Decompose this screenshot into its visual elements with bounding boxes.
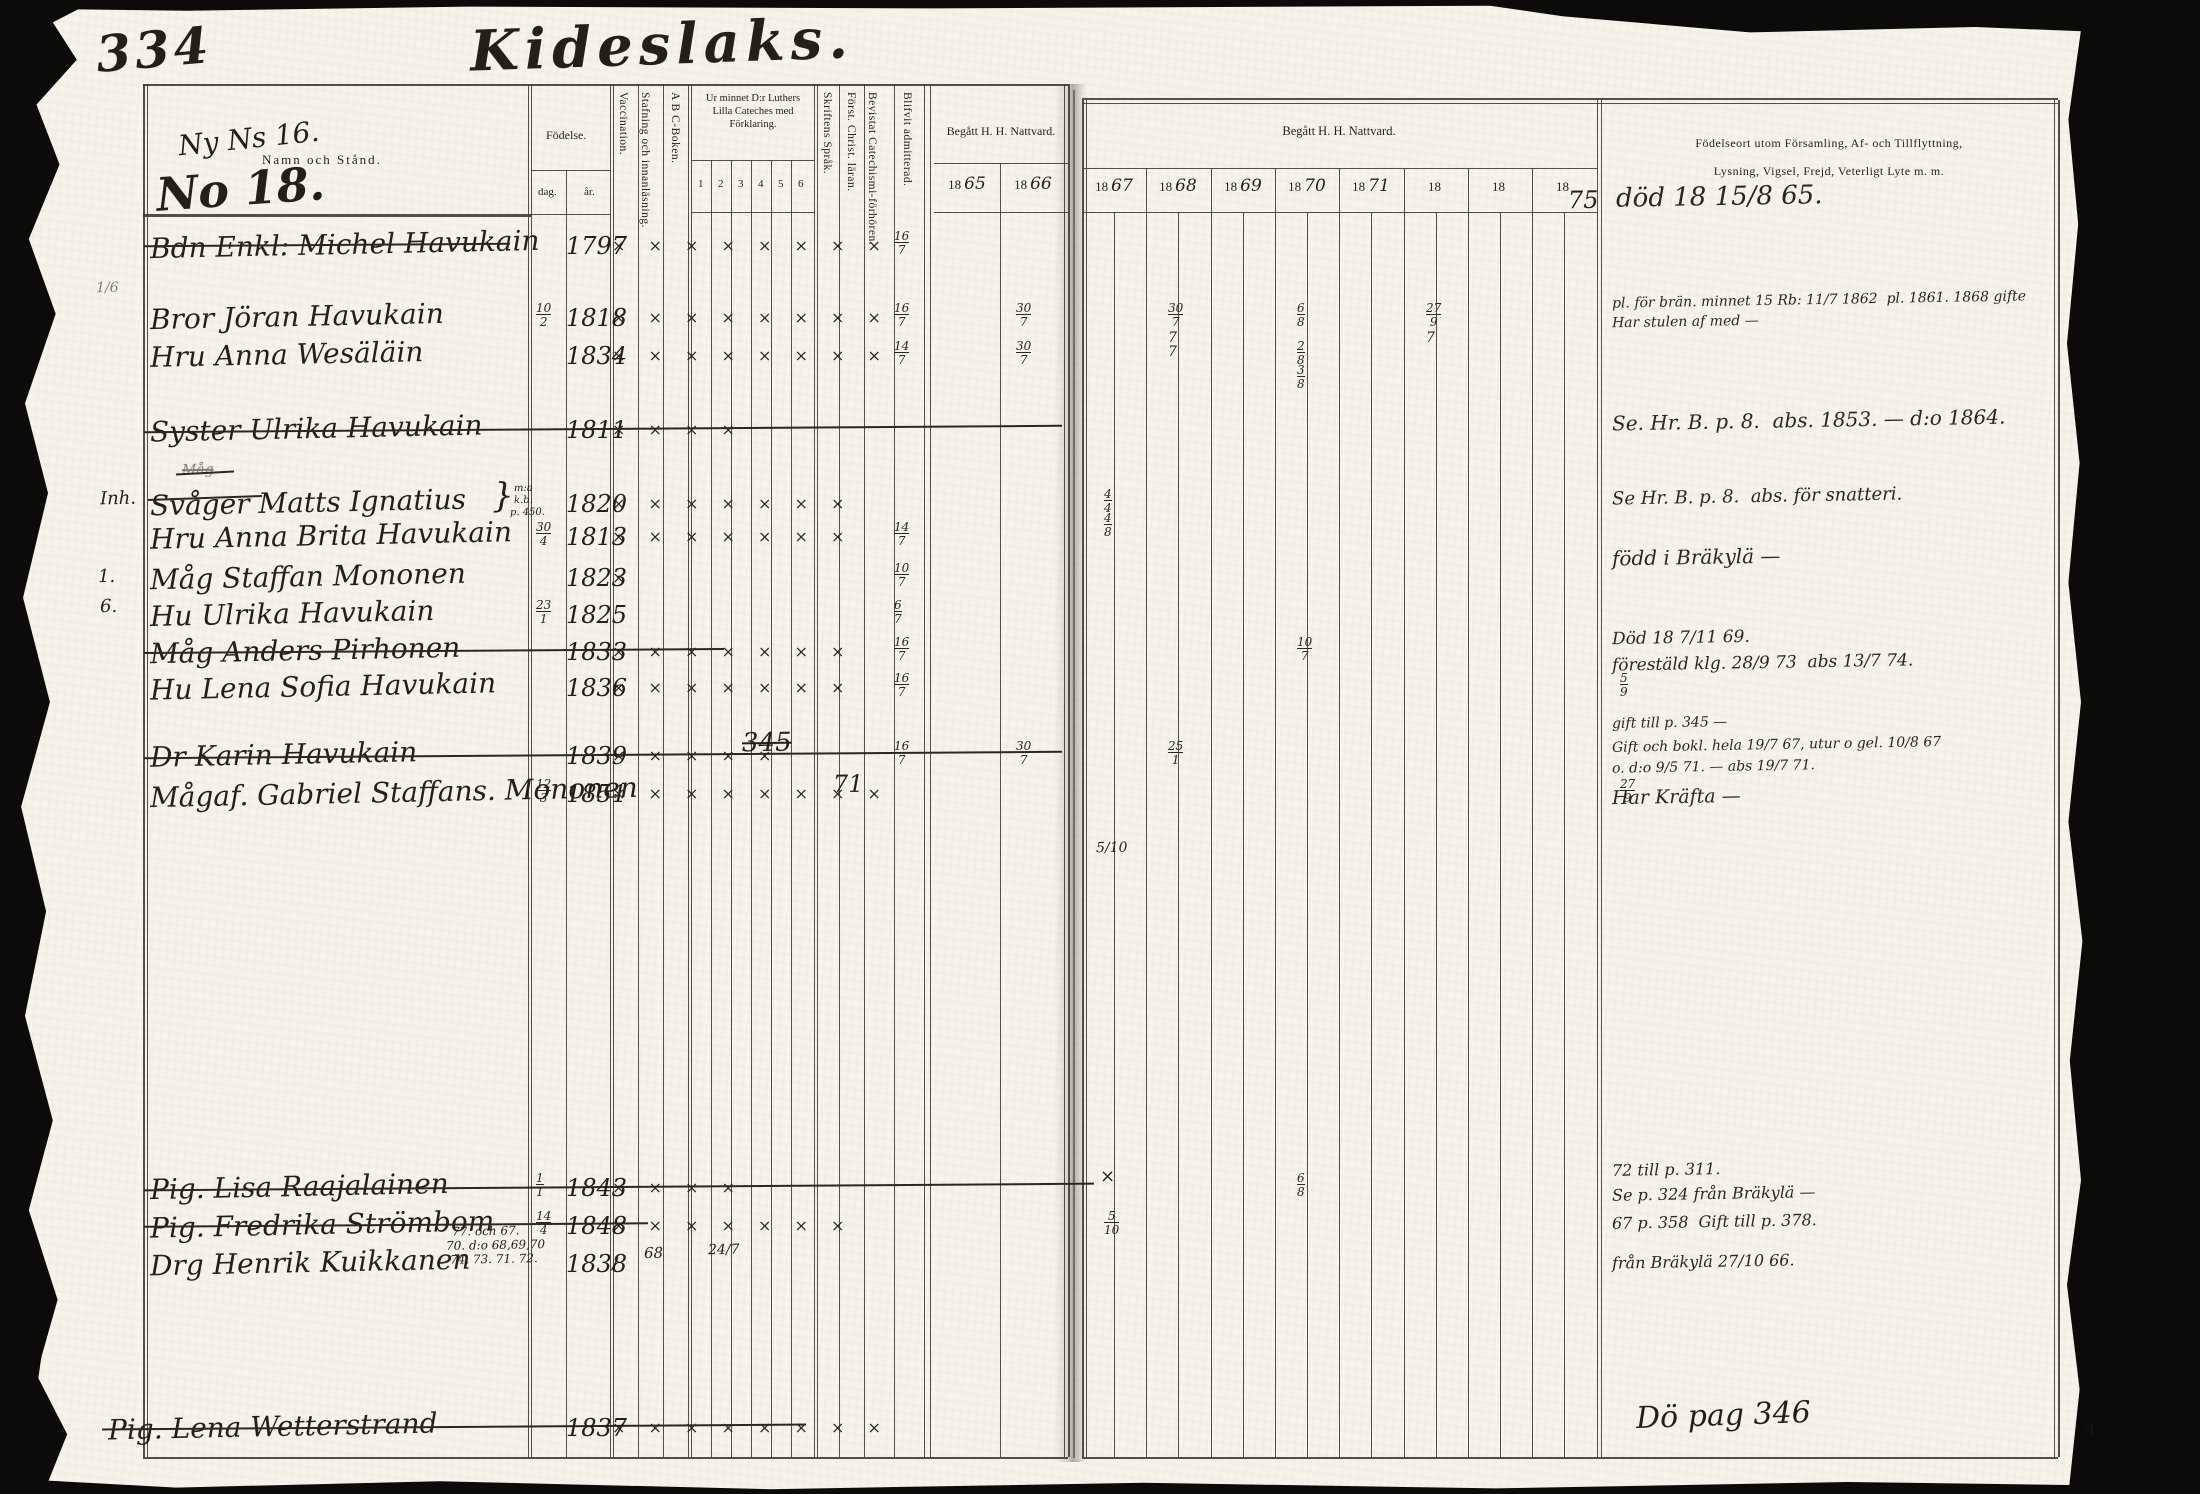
row-name: Måg Staffan Mononen [150,557,466,597]
row-remark: 67 p. 358 Gift till p. 378. [1612,1210,1817,1233]
admitted-date-mark: 167 [894,672,909,698]
communion-1866-mark: 307 [1016,740,1031,766]
grid-line [143,1457,1068,1459]
row-remark: Har stulen af med — [1612,313,1759,332]
luther-col-5: 5 [778,178,784,190]
communion-year-1869: 1869 [1213,176,1273,196]
annotation: × [1100,1166,1115,1187]
admitted-date-mark: 167 [894,230,909,256]
grid-line [1404,168,1405,1457]
grid-line [1307,212,1308,1457]
grid-line [1500,212,1501,1457]
row-remark: Har Kräfta — [1612,785,1741,809]
year-printed: 18 [1492,179,1505,194]
annotation: m:a [514,483,533,494]
remarks-header-line1: Födelseort utom Församling, Af- och Till… [1607,136,2051,151]
reading-check-marks: × × × × × × × [612,1216,853,1235]
remarks-header-line2: Lysning, Vigsel, Frejd, Veterligt Lyte m… [1607,164,2051,179]
row-name: Mågaf. Gabriel Staffans. Mononen [150,771,638,814]
communion-date-mark: 68 [1297,302,1305,328]
row-remark: gift till p. 345 — [1612,714,1728,732]
year-printed: 18 [1352,179,1365,194]
grid-line [688,84,689,1457]
page-fold-line [1073,90,1075,1458]
birth-day: 102 [536,302,551,328]
grid-line [1086,100,1087,1457]
birth-year: 1825 [566,601,627,629]
communion-date-mark: 68 [1297,1172,1305,1198]
communion-header-left: Begått H. H. Nattvard. [936,124,1066,139]
birth-day-subheader: dag. [538,186,557,198]
grid-line [1243,212,1244,1457]
grid-line [934,163,1068,164]
admitted-date-mark: 167 [894,636,909,662]
communion-date-mark: 38 [1297,364,1305,390]
row-remark: Se. Hr. B. p. 8. abs. 1853. — d:o 1864. [1612,405,2006,436]
grid-line [1211,168,1212,1457]
grid-line [691,84,692,1457]
birth-day: 11 [536,1172,544,1198]
year-printed: 18 [1224,179,1237,194]
row-name: Bror Jöran Havukain [150,297,444,336]
scan-edge-right [2060,0,2200,1494]
abc-book-column-header: A B C-Boken. [669,92,681,257]
row-remark: Gift och bokl. hela 19/7 67, utur o gel.… [1612,734,1941,756]
grid-line [1436,212,1437,1457]
grid-line [691,160,814,161]
grid-line [1339,168,1340,1457]
luther-col-3: 3 [738,178,744,190]
communion-year-1867: 1867 [1084,176,1144,196]
luther-col-6: 6 [798,178,804,190]
grid-line [1532,168,1533,1457]
communion-year-1871: 1871 [1341,176,1401,196]
communion-date-mark: 510 [1104,1210,1119,1236]
grid-line [1564,212,1565,1457]
row-remark: död 18 15/8 65. [1616,180,1823,214]
reading-check-marks: × × × × × × × × [612,236,890,255]
birth-year-subheader: år. [584,186,595,198]
birth-column-header: Födelse. [546,128,586,143]
communion-1866-mark: 307 [1016,340,1031,366]
grid-line [143,214,531,217]
scripture-language-column-header: Skriftens Språk. [821,92,833,302]
admitted-date-mark: 67 [894,599,902,625]
annotation: Måg [182,462,214,479]
communion-date-mark: 48 [1104,512,1112,538]
row-name: Hru Anna Wesäläin [150,335,424,374]
admitted-date-mark: 147 [894,340,909,366]
annotation: 75 [1568,186,1599,215]
row-remark: o. d:o 9/5 71. — abs 19/7 71. [1612,757,1815,777]
grid-line [1275,168,1276,1457]
annotation: 6. [100,596,118,617]
admitted-date-mark: 167 [894,740,909,766]
communion-year-1868: 1868 [1148,176,1208,196]
row-remark: Se p. 324 från Bräkylä — [1612,1182,1816,1205]
luther-catechism-header: Ur minnet D:r Luthers Lilla Cateches med… [692,92,814,131]
row-name: Drg Henrik Kuikkanen [150,1243,471,1283]
communion-year-1866: 1866 [1002,174,1064,194]
year-written: 67 [1111,176,1133,196]
scanned-register-page: 334 Kideslaks. Ny Ns 16. No 18. Namn och… [0,0,2200,1494]
admitted-date-mark: 147 [894,521,909,547]
annotation: 1. [98,566,116,587]
grid-line [663,84,664,1457]
year-written: 65 [964,174,986,194]
grid-line [817,84,818,1457]
grid-line [1601,100,1602,1457]
row-remark: 72 till p. 311. [1612,1159,1721,1180]
reading-check-marks: × × × × × × × × [612,1418,890,1437]
row-name: Hu Ulrika Havukain [150,594,435,633]
luther-header-line1: Ur minnet D:r Luthers [706,93,800,104]
grid-line [1178,212,1179,1457]
grid-line [1597,100,1598,1457]
admitted-column-header: Blifvit admitterad. [901,92,913,332]
row-remark: Se Hr. B. p. 8. abs. för snatteri. [1612,483,1903,509]
grid-line [2054,100,2055,1457]
year-printed: 18 [1095,179,1108,194]
grid-line [1371,212,1372,1457]
grid-line [143,84,145,1457]
grid-line [924,84,925,1457]
row-remark: Död 18 7/11 69. [1612,627,1750,649]
year-printed: 18 [1014,177,1027,192]
grid-line [1082,212,1597,213]
reading-check-marks: × × × × × × × [612,642,853,661]
annotation: 71 [833,770,864,799]
grid-line [1000,163,1001,1457]
year-written: 71 [1368,176,1390,196]
year-printed: 18 [1428,179,1441,194]
communion-date-mark: 7 [1426,330,1435,346]
annotation: 4. [2086,1420,2101,1438]
luther-col-1: 1 [698,178,704,190]
reading-check-marks: / [612,1254,626,1273]
communion-date-mark: 279 [1426,302,1441,328]
annotation: k.b. [514,495,533,506]
grid-line [691,212,814,213]
grid-line [1114,212,1115,1457]
page-number: 334 [94,15,215,84]
year-written: 70 [1304,176,1326,196]
reading-check-marks: × × × × [612,1178,744,1197]
annotation: 77. och 67. [452,1223,520,1238]
reading-check-marks: × [612,568,634,587]
grid-line [864,84,865,1457]
communion-header-right: Begått H. H. Nattvard. [1189,124,1489,139]
year-written: 66 [1030,174,1052,194]
grid-line [1146,168,1147,1457]
grid-line [147,84,148,1457]
grid-line [1082,100,1084,1457]
grid-line [1082,98,2058,100]
communion-date-mark: 307 [1168,302,1183,328]
communion-date-mark: 7 [1168,344,1177,360]
row-remark: född i Bräkylä — [1612,544,1781,571]
birth-day: 123 [536,778,551,804]
annotation: p. 450. [510,507,545,519]
annotation: Dö pag 346 [1635,1395,1811,1436]
birth-day: 304 [536,521,551,547]
reading-check-marks: × × × × [612,420,744,439]
grid-line [1068,84,1070,1457]
row-remark: från Bräkylä 27/10 66. [1612,1250,1795,1272]
communion-date-mark: 251 [1168,740,1183,766]
row-remark: pl. för brän. minnet 15 Rb: 11/7 1862 pl… [1612,288,2026,311]
grid-line [2058,100,2060,1457]
row-name: Hu Lena Sofia Havukain [150,666,497,706]
annotation: 74. 73. 71. 72. [450,1251,538,1267]
page-title: Kideslaks. [469,5,855,84]
birth-day: 144 [536,1210,551,1236]
reading-check-marks: × × × × × × × [612,527,853,546]
grid-line [531,214,610,215]
scan-edge-top-right [1450,0,2200,36]
luther-col-2: 2 [718,178,724,190]
grid-line [1082,168,1597,169]
year-written: 69 [1240,176,1262,196]
luther-col-4: 4 [758,178,764,190]
grid-line [1064,84,1065,1457]
grid-line [934,212,1068,213]
luther-header-line3: Förklaring. [730,119,777,130]
grid-line [930,84,931,1457]
row-name: Dr Karin Havukain [150,735,418,774]
admitted-date-mark: 107 [894,562,909,588]
grid-line [894,84,895,1457]
communion-year-1870: 1870 [1277,176,1337,196]
grid-line [814,84,815,1457]
grid-line [531,170,610,171]
annotation: 345 [742,728,792,759]
grid-line [1468,168,1469,1457]
communion-year-blank-2: 18 [1470,176,1530,196]
communion-year-1865: 1865 [936,174,998,194]
reading-check-marks: × × × × × × × [612,494,853,513]
annotation: 68 [644,1244,663,1262]
annotation: Inh. [100,488,136,510]
reading-check-marks: × × × × × × × [612,678,853,697]
row-name: Hru Anna Brita Havukain [150,515,513,556]
annotation: 1/6 [96,280,119,296]
year-printed: 18 [1288,179,1301,194]
grid-line [143,84,1068,86]
communion-year-blank-1: 18 [1406,176,1466,196]
names-column-header: Namn och Stånd. [262,152,382,168]
annotation: 24/7 [708,1242,740,1259]
year-printed: 18 [1159,179,1172,194]
grid-line [638,84,639,1457]
reading-check-marks: × × × × × × × × [612,308,890,327]
year-printed: 18 [948,177,961,192]
scan-edge-bottom [0,1478,2200,1494]
communion-date-mark: 59 [1620,672,1628,698]
year-written: 68 [1175,176,1197,196]
luther-header-line2: Lilla Cateches med [712,106,793,117]
annotation: 5/10 [1096,840,1128,857]
admitted-date-mark: 167 [894,302,909,328]
grid-line [1082,103,2058,104]
row-remark: förestäld klg. 28/9 73 abs 13/7 74. [1612,650,1914,675]
birth-day: 231 [536,599,551,625]
communion-date-mark: 107 [1297,636,1312,662]
reading-check-marks: × × × × × × × × [612,346,890,365]
grid-line [1082,1457,2058,1459]
communion-1866-mark: 307 [1016,302,1031,328]
